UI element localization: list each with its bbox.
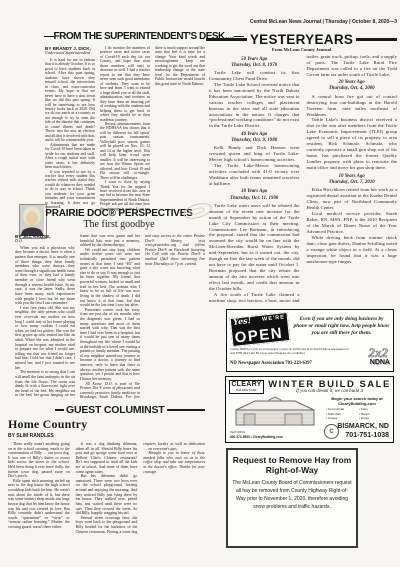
ad-tagline: If you can dream it, we can build it [266,389,393,394]
rule [55,409,64,412]
portrait-illustration [20,205,44,236]
2x2-size-graphic: 2x2 [352,347,390,359]
ad-phone: 701-751-1038 [345,432,389,439]
yesteryears-source: From McLean County Journal [206,47,397,52]
superintendent-byline: BY BRANDT J. DICK, Underwood Superintend… [45,46,95,56]
ad-category-list: Commercial Suburban Unique Farm Ranch Ho… [326,407,388,421]
ad-contact: ND Newspaper Association 701-223-6397 [230,361,312,366]
yesteryears-column: 50 Years Ago Thursday, Oct. 8, 1970 Turt… [209,54,397,306]
article-paragraph: The Turtle Lake-Mercer homecoming activi… [209,163,300,187]
ndna-logo: NDNA [370,359,390,366]
guest-article: There really wasn't anything going on at… [8,442,205,537]
article-paragraph: We could not stay long, children under t… [80,248,140,308]
article-paragraph: There really wasn't anything going on at… [8,442,70,479]
yesteryears-entry-heading: 20 Years Ago Thursday, Oct. 4, 2000 [307,80,398,92]
yesteryears-entry-heading: 30 Years Ago Thursday, Oct. 11, 1990 [209,189,300,201]
list-item: Horse [359,416,388,421]
ad-cta: Begin your search today at ClearyBuildin… [324,396,390,406]
article-paragraph: Pancreatic cancer took her away from me … [80,308,140,382]
ad-headline: Even if you are only doing business by p… [293,312,390,344]
article-paragraph: Recent announcements from the NDHSAA has… [100,122,150,180]
article-paragraph: Brought to you in honor of these masked … [143,451,205,474]
yesteryears-title: YESTERYEARS [250,32,353,47]
guest-byline: BY SLIM RANDLES [8,433,54,439]
article-paragraph: Billy spent each morning curled up next … [8,479,70,530]
cleary-winter-build-ad: CLEARY BUILDING CORP. WINTER BUILD SALE … [225,376,394,443]
guest-columnist-title: GUEST COLUMINST [66,404,165,416]
article-paragraph: The Turtle Lake School received notice t… [209,82,300,130]
article-paragraph: A control burn fire got out of control d… [307,94,398,118]
article-paragraph: I was five years old. She was my neighbo… [15,306,75,371]
cleary-logo: CLEARY BUILDING CORP. [229,380,264,394]
article-paragraph: When you ask a physician why they became… [15,246,75,306]
prairie-doc-subtitle: The first goodbye [44,219,194,230]
superintendent-article: BY BRANDT J. DICK, Underwood Superintend… [45,46,205,212]
newspaper-page: Central McLean News Journal | Thursday |… [0,0,400,567]
list-item: Unique [326,416,355,421]
prairie-doc-article: BY JILL KRUSE, D.O. When you ask a physi… [15,234,205,402]
ad-phone-web: 800-373-5550 • ClearyBuilding.com [230,435,283,439]
rule [167,409,206,412]
article-paragraph: But his dilemma didn't go unnoticed. The… [76,474,138,515]
building-illustration [230,396,320,426]
ndna-open-ad: Yes! WE'RE OPEN Even if you are only doi… [226,309,394,372]
ad-city: BISMARCK, ND [337,423,389,430]
article-paragraph: Turtle Lake water users will be rebated … [209,203,300,293]
column-title: Home Country [8,417,87,432]
article-paragraph: Local medical service provider, Sarah Ba… [307,211,398,235]
guest-columnist-header: GUEST COLUMINST [55,404,205,416]
masthead: Central McLean News Journal | Thursday |… [250,19,397,25]
article-paragraph: I do monitor the numbers of positive cas… [100,46,150,122]
article-paragraph: Turtle Lake will conduct its first Commu… [209,70,300,82]
rule [356,38,397,41]
article-paragraph: Turtle Lake's business district received… [307,117,398,171]
prairie-doc-title: PRAIRIE DOC® PERSPECTIVES [44,208,194,219]
article-paragraph: Erika Hirschkorn retired from her work a… [307,187,398,211]
article-paragraph: Kelli Bundy and Dick Hanson were crowned… [209,145,300,163]
hay-removal-notice: Request to Remove Hay from Right-of-Way … [226,448,358,548]
yesteryears-entry-heading: 10 Years Ago Thursday, Oct. 7, 2010 [307,174,398,186]
ad-featuring-note: FEATURING [230,431,245,434]
prairie-doc-byline: BY JILL KRUSE, D.O. [15,234,75,244]
yesteryears-entry-heading: 50 Years Ago Thursday, Oct. 8, 1970 [209,57,300,69]
article-paragraph: Adjustments that are made for Covid-19 h… [45,143,95,170]
article-paragraph: It was a dog thinking dilemma, taken all… [76,442,138,474]
rule [206,38,247,41]
article-paragraph: While driving back from routine check da… [307,235,398,265]
yesteryears-entry-heading: 40 Years Ago Thursday, Oct. 9, 1980 [209,132,300,144]
article-paragraph: It is hard for me to fathom that it is a… [45,58,95,143]
ad-details: Contact NDNA or your local newspaper to … [230,347,352,355]
were-open-badge: Yes! WE'RE OPEN [230,312,291,347]
notice-body: The McLean County Board of Commissioners… [232,480,352,511]
notice-title: Request to Remove Hay from Right-of-Way [232,455,352,475]
article-paragraph: It was reported to me by a teacher that … [45,170,95,210]
yesteryears-header: YESTERYEARS [206,32,397,47]
